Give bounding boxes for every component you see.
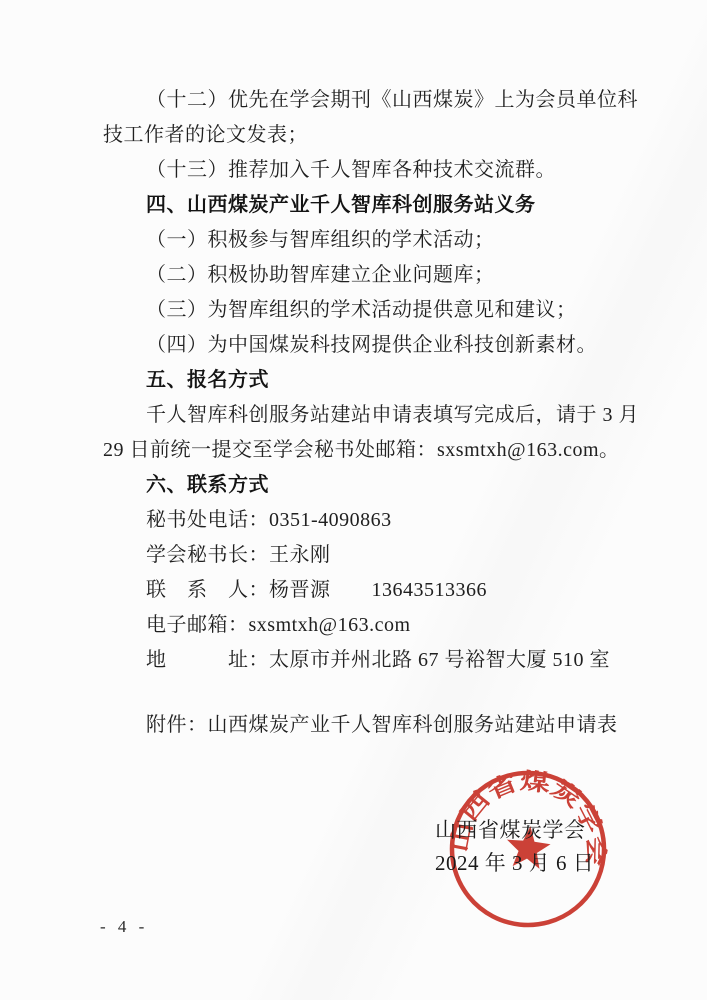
document-line: 29 日前统一提交至学会秘书处邮箱：sxsmtxh@163.com。 [103,433,623,468]
document-line: 电子邮箱：sxsmtxh@163.com [103,608,623,643]
page-number: - 4 - [100,917,148,937]
document-line: 千人智库科创服务站建站申请表填写完成后，请于 3 月 [103,398,623,433]
document-line: 技工作者的论文发表； [103,118,623,153]
document-line: （三）为智库组织的学术活动提供意见和建议； [103,293,623,328]
document-line: （二）积极协助智库建立企业问题库； [103,258,623,293]
attachment-line: 附件：山西煤炭产业千人智库科创服务站建站申请表 [103,708,706,743]
document-line: （一）积极参与智库组织的学术活动； [103,223,623,258]
signature-block: 山西省煤炭学会 2024 年 3 月 6 日 [435,817,594,876]
signature-date: 2024 年 3 月 6 日 [435,850,594,876]
document-page: （十二）优先在学会期刊《山西煤炭》上为会员单位科技工作者的论文发表；（十三）推荐… [0,0,707,1000]
document-line: 地 址：太原市并州北路 67 号裕智大厦 510 室 [103,643,623,678]
document-line: （十三）推荐加入千人智库各种技术交流群。 [103,153,623,188]
document-line: （十二）优先在学会期刊《山西煤炭》上为会员单位科 [103,83,623,118]
document-body: （十二）优先在学会期刊《山西煤炭》上为会员单位科技工作者的论文发表；（十三）推荐… [103,83,623,678]
document-line: 学会秘书长：王永刚 [103,538,623,573]
document-line: 秘书处电话：0351-4090863 [103,503,623,538]
document-line: 四、山西煤炭产业千人智库科创服务站义务 [103,188,623,223]
document-line: 联 系 人：杨晋源 13643513366 [103,573,623,608]
signature-organization: 山西省煤炭学会 [435,817,594,843]
document-line: （四）为中国煤炭科技网提供企业科技创新素材。 [103,328,623,363]
document-line: 五、报名方式 [103,363,623,398]
document-line: 六、联系方式 [103,468,623,503]
